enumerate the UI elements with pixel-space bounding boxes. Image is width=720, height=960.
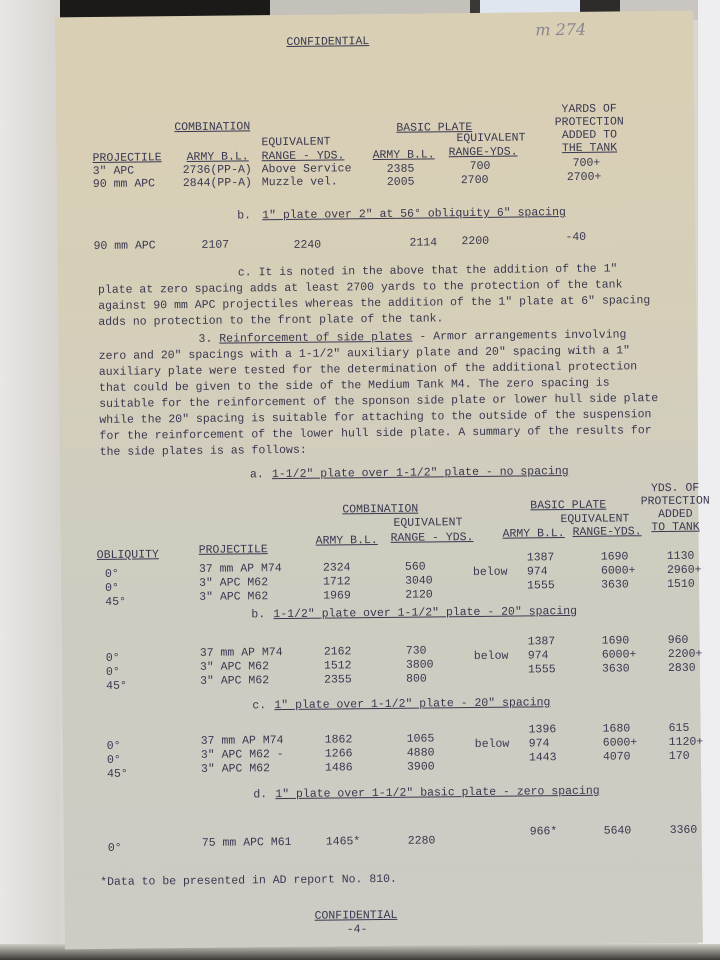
cell-basic-bl: 966* <box>530 824 558 839</box>
cell-basic-eq: 6000+ <box>602 647 637 662</box>
cell-basic-eq: 3630 <box>602 661 630 676</box>
section-b-prefix: b. <box>237 208 251 223</box>
side-col-basic-eq-2: RANGE-YDS. <box>572 524 641 540</box>
side-section-prefix: d. <box>253 787 267 802</box>
cell-obliquity: 0° <box>107 739 121 754</box>
side-col-obliquity: OBLIQUITY <box>97 547 159 563</box>
cell-added: 1120+ <box>669 735 704 750</box>
cell-added: 2960+ <box>667 563 702 578</box>
cell-comb-eq: 800 <box>406 672 427 687</box>
cell-basic-bl: 1443 <box>529 750 557 765</box>
cell-obliquity: 0° <box>106 665 120 680</box>
side-section-prefix: c. <box>252 698 266 713</box>
cell-comb-eq: 3800 <box>406 657 434 672</box>
cell-basic-eq: 6000+ <box>603 735 638 750</box>
cell-basic-bl: 974 <box>527 564 548 579</box>
cell-projectile: 75 mm APC M61 <box>202 835 292 851</box>
handwritten-note: m 274 <box>535 22 586 38</box>
side-section-prefix: a. <box>250 467 264 482</box>
cell-obliquity: 0° <box>106 651 120 666</box>
header-classification: CONFIDENTIAL <box>286 34 369 50</box>
cell-basic-bl: 1555 <box>527 578 555 593</box>
cell-obliquity: 45° <box>105 595 126 610</box>
cell-obliquity: 45° <box>107 767 128 782</box>
cell-comb-eq: 1065 <box>407 731 435 746</box>
cell-comb-bl: 1512 <box>324 658 352 673</box>
below-label: below <box>474 649 509 664</box>
cell-comb-eq: 560 <box>405 560 426 575</box>
cell-added: 2200+ <box>668 647 703 662</box>
cell-comb-bl: 1266 <box>325 746 353 761</box>
background-left-page <box>0 0 60 960</box>
cell-obliquity: 45° <box>106 679 127 694</box>
cell-basic-bl: 1555 <box>528 662 556 677</box>
side-section-title: 1" plate over 1-1/2" basic plate - zero … <box>275 784 599 802</box>
side-section-prefix: b. <box>251 607 265 622</box>
cell-comb-bl: 1712 <box>323 574 351 589</box>
cell-basic-bl: 974 <box>528 648 549 663</box>
cell-projectile: 3" APC M62 <box>199 589 268 605</box>
below-label: below <box>473 565 508 580</box>
cell-basic-bl: 1387 <box>527 550 555 565</box>
cell-comb-eq: 4880 <box>407 745 435 760</box>
cell-comb-bl: 1862 <box>325 732 353 747</box>
side-col-comb-eq-1: EQUIVALENT <box>393 515 462 531</box>
cell-added: 170 <box>669 749 690 764</box>
cell-added: 3360 <box>670 823 698 838</box>
cell-comb-bl: 1969 <box>323 588 351 603</box>
cell-basic-eq: 1690 <box>601 549 629 564</box>
footnote: *Data to be presented in AD report No. 8… <box>100 872 397 890</box>
cell-basic-eq: 4070 <box>603 749 631 764</box>
cell-added: 615 <box>669 721 690 736</box>
cell-comb-bl: 2355 <box>324 672 352 687</box>
footer-page-number: -4- <box>347 922 368 937</box>
cell-basic-eq: 6000+ <box>601 563 636 578</box>
cell-obliquity: 0° <box>107 753 121 768</box>
side-col-comb-bl: ARMY B.L. <box>316 533 378 549</box>
side-section-title: 1" plate over 1-1/2" plate - 20" spacing <box>274 695 550 713</box>
cell-added: 1130 <box>667 549 695 564</box>
side-col-added-4: TO TANK <box>640 520 710 536</box>
col-added-4: THE TANK <box>539 140 639 156</box>
cell-comb-eq: 730 <box>406 644 427 659</box>
section-3-paragraph: 3. Reinforcement of side plates - Armor … <box>98 327 659 461</box>
cell-basic-eq: 1690 <box>602 633 630 648</box>
cell-projectile: 3" APC M62 <box>200 673 269 689</box>
section-3-title: Reinforcement of side plates <box>219 331 412 346</box>
cell-obliquity: 0° <box>105 567 119 582</box>
side-col-basic-bl: ARMY B.L. <box>502 526 564 542</box>
cell-basic-bl: 1396 <box>529 722 557 737</box>
section-b-title: 1" plate over 2" at 56° obliquity 6" spa… <box>262 205 566 223</box>
cell-obliquity: 0° <box>108 841 122 856</box>
cell-basic-bl: 974 <box>529 736 550 751</box>
col-basic-bl: ARMY B.L. <box>373 147 435 163</box>
side-section-title: 1-1/2" plate over 1-1/2" plate - no spac… <box>272 464 569 482</box>
cell-basic-eq: 5640 <box>604 823 632 838</box>
cell-projectile: 3" APC M62 <box>201 761 270 777</box>
cell-basic-eq: 1680 <box>603 721 631 736</box>
cell-added: 1510 <box>667 577 695 592</box>
cell-basic-eq: 3630 <box>601 577 629 592</box>
cell-comb-eq: 3040 <box>405 573 433 588</box>
cell-added: 2830 <box>668 661 696 676</box>
side-col-projectile: PROJECTILE <box>199 542 268 558</box>
cell-basic-bl: 1387 <box>528 634 556 649</box>
cell-added: 960 <box>668 633 689 648</box>
cell-comb-bl: 2324 <box>323 560 351 575</box>
below-label: below <box>475 737 510 752</box>
section-c-paragraph: c. It is noted in the above that the add… <box>98 261 659 331</box>
cell-comb-eq: 2280 <box>408 833 436 848</box>
cell-comb-bl: 2162 <box>324 644 352 659</box>
cell-comb-eq: 3900 <box>407 759 435 774</box>
document-page: CONFIDENTIAL m 274 COMBINATION BASIC PLA… <box>55 11 703 950</box>
side-col-comb-eq-2: RANGE - YDS. <box>391 530 474 546</box>
cell-comb-bl: 1465* <box>326 834 361 849</box>
cell-obliquity: 0° <box>105 581 119 596</box>
cell-comb-bl: 1486 <box>325 760 353 775</box>
side-section-title: 1-1/2" plate over 1-1/2" plate - 20" spa… <box>273 604 577 622</box>
group-combination: COMBINATION <box>174 119 250 135</box>
cell-comb-eq: 2120 <box>405 587 433 602</box>
